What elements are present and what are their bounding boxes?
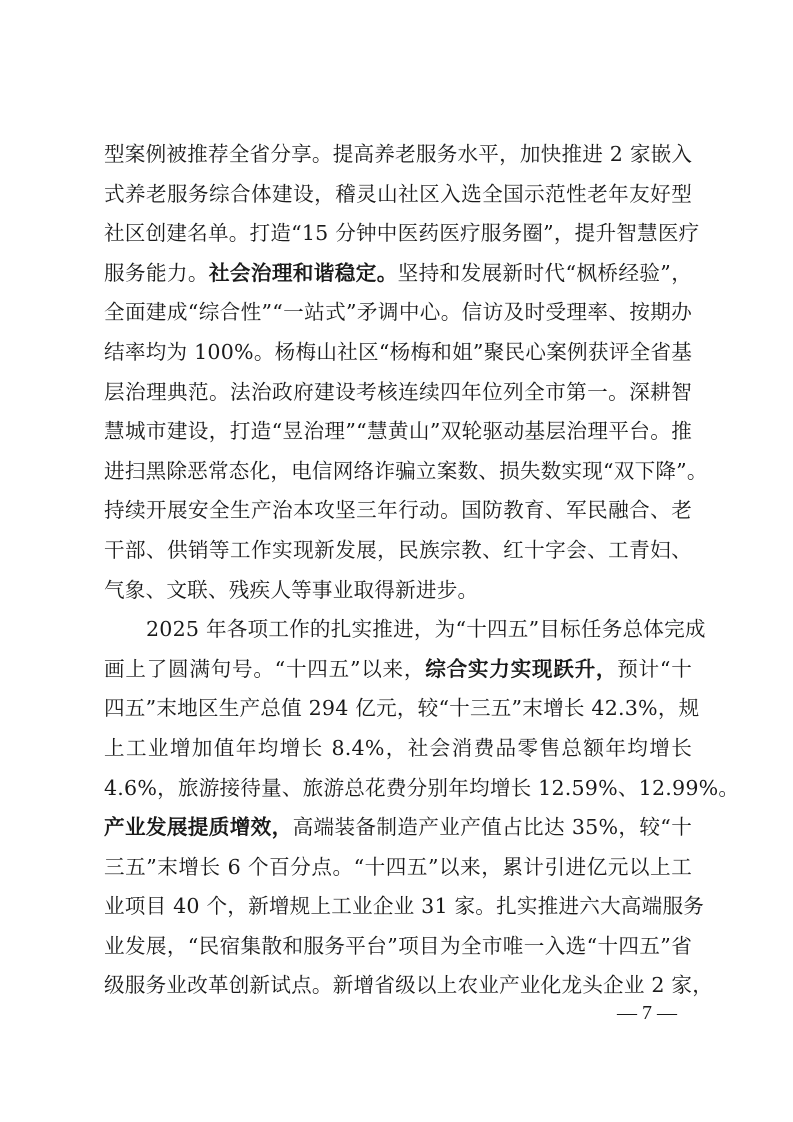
paragraph-text: 坚持和发展新时代“枫桥经验”， xyxy=(398,261,692,285)
body-text: 型案例被推荐全省分享。提高养老服务水平，加快推进 2 家嵌入式养老服务综合体建设… xyxy=(104,135,692,1006)
text-line: 层治理典范。法治政府建设考核连续四年位列全市第一。深耕智 xyxy=(104,373,692,413)
paragraph-text: 级服务业改革创新试点。新增省级以上农业产业化龙头企业 2 家， xyxy=(104,973,713,997)
bold-heading-text: 综合实力实现跃升， xyxy=(425,657,617,681)
paragraph-text: 层治理典范。法治政府建设考核连续四年位列全市第一。深耕智 xyxy=(104,380,692,404)
paragraph-text: 画上了圆满句号。“十四五”以来， xyxy=(104,657,425,681)
paragraph-text: 业项目 40 个，新增规上工业企业 31 家。扎实推进六大高端服务 xyxy=(104,894,704,918)
paragraph-text: 业发展，“民宿集散和服务平台”项目为全市唯一入选“十四五”省 xyxy=(104,934,692,958)
paragraph-text: 慧城市建设，打造“昱治理”“慧黄山”双轮驱动基层治理平台。推 xyxy=(104,419,692,443)
paragraph-text: 气象、文联、残疾人等事业取得新进步。 xyxy=(104,578,478,602)
text-line: 结率均为 100%。杨梅山社区“杨梅和姐”聚民心案例获评全省基 xyxy=(104,333,692,373)
paragraph-text: 式养老服务综合体建设，稽灵山社区入选全国示范性老年友好型 xyxy=(104,182,692,206)
text-line: 全面建成“综合性”“一站式”矛调中心。信访及时受理率、按期办 xyxy=(104,293,692,333)
paragraph-text: 预计“十 xyxy=(617,657,692,681)
text-line: 干部、供销等工作实现新发展，民族宗教、红十字会、工青妇、 xyxy=(104,531,692,571)
text-line: 慧城市建设，打造“昱治理”“慧黄山”双轮驱动基层治理平台。推 xyxy=(104,412,692,452)
text-line: 服务能力。社会治理和谐稳定。坚持和发展新时代“枫桥经验”， xyxy=(104,254,692,294)
paragraph-text: 进扫黑除恶常态化，电信网络诈骗立案数、损失数实现“双下降”。 xyxy=(104,459,708,483)
text-line: 业发展，“民宿集散和服务平台”项目为全市唯一入选“十四五”省 xyxy=(104,927,692,967)
text-line: 型案例被推荐全省分享。提高养老服务水平，加快推进 2 家嵌入 xyxy=(104,135,692,175)
text-line: 4.6%，旅游接待量、旅游总花费分别年均增长 12.59%、12.99%。 xyxy=(104,769,692,809)
paragraph-text: 2025 年各项工作的扎实推进，为“十四五”目标任务总体完成 xyxy=(146,617,706,641)
paragraph-text: 三五”末增长 6 个百分点。“十四五”以来，累计引进亿元以上工 xyxy=(104,855,692,879)
paragraph-text: 上工业增加值年均增长 8.4%，社会消费品零售总额年均增长 xyxy=(104,736,692,760)
paragraph-text: 社区创建名单。打造“15 分钟中医药医疗服务圈”，提升智慧医疗 xyxy=(104,221,699,245)
text-line: 四五”末地区生产总值 294 亿元，较“十三五”末增长 42.3%，规 xyxy=(104,689,692,729)
text-line: 产业发展提质增效，高端装备制造产业产值占比达 35%，较“十 xyxy=(104,808,692,848)
paragraph-text: 服务能力。 xyxy=(104,261,209,285)
text-line: 业项目 40 个，新增规上工业企业 31 家。扎实推进六大高端服务 xyxy=(104,887,692,927)
paragraph-text: 持续开展安全生产治本攻坚三年行动。国防教育、军民融合、老 xyxy=(104,498,692,522)
paragraph-text: 型案例被推荐全省分享。提高养老服务水平，加快推进 2 家嵌入 xyxy=(104,142,692,166)
text-line: 社区创建名单。打造“15 分钟中医药医疗服务圈”，提升智慧医疗 xyxy=(104,214,692,254)
document-page: 型案例被推荐全省分享。提高养老服务水平，加快推进 2 家嵌入式养老服务综合体建设… xyxy=(0,0,793,1122)
bold-heading-text: 社会治理和谐稳定。 xyxy=(209,261,398,285)
text-line: 画上了圆满句号。“十四五”以来，综合实力实现跃升，预计“十 xyxy=(104,650,692,690)
text-line: 级服务业改革创新试点。新增省级以上农业产业化龙头企业 2 家， xyxy=(104,966,692,1006)
paragraph-text: 4.6%，旅游接待量、旅游总花费分别年均增长 12.59%、12.99%。 xyxy=(104,776,739,800)
paragraph-text: 干部、供销等工作实现新发展，民族宗教、红十字会、工青妇、 xyxy=(104,538,692,562)
text-line: 进扫黑除恶常态化，电信网络诈骗立案数、损失数实现“双下降”。 xyxy=(104,452,692,492)
text-line: 2025 年各项工作的扎实推进，为“十四五”目标任务总体完成 xyxy=(104,610,692,650)
paragraph-text: 结率均为 100%。杨梅山社区“杨梅和姐”聚民心案例获评全省基 xyxy=(104,340,692,364)
paragraph-text: 全面建成“综合性”“一站式”矛调中心。信访及时受理率、按期办 xyxy=(104,300,692,324)
text-line: 上工业增加值年均增长 8.4%，社会消费品零售总额年均增长 xyxy=(104,729,692,769)
bold-heading-text: 产业发展提质增效， xyxy=(104,815,293,839)
text-line: 式养老服务综合体建设，稽灵山社区入选全国示范性老年友好型 xyxy=(104,175,692,215)
text-line: 持续开展安全生产治本攻坚三年行动。国防教育、军民融合、老 xyxy=(104,491,692,531)
paragraph-text: 高端装备制造产业产值占比达 35%，较“十 xyxy=(293,815,692,839)
text-line: 气象、文联、残疾人等事业取得新进步。 xyxy=(104,571,692,611)
paragraph-text: 四五”末地区生产总值 294 亿元，较“十三五”末增长 42.3%，规 xyxy=(104,696,699,720)
page-number: — 7 — xyxy=(612,998,682,1028)
text-line: 三五”末增长 6 个百分点。“十四五”以来，累计引进亿元以上工 xyxy=(104,848,692,888)
